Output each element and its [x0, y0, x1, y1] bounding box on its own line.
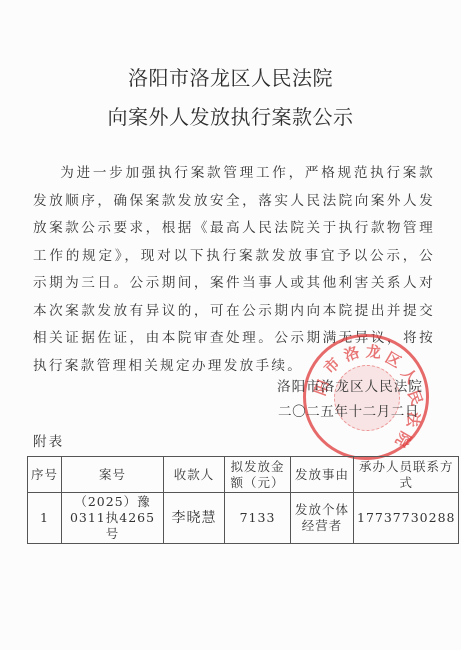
- col-contact-header: 承办人员联系方式: [354, 457, 459, 493]
- signature-organization: 洛阳市洛龙区人民法院: [277, 375, 423, 395]
- annex-table: 序号 案号 收款人 拟发放金额（元） 发放事由 承办人员联系方式 1 （2025…: [27, 456, 459, 544]
- seal-char: 区: [382, 347, 406, 373]
- cell-contact: 17737730288: [354, 493, 459, 544]
- annex-header-row: 序号 案号 收款人 拟发放金额（元） 发放事由 承办人员联系方式: [28, 457, 459, 493]
- cell-amount: 7133: [225, 493, 291, 544]
- notice-title: 向案外人发放执行案款公示: [0, 101, 461, 130]
- col-reason-header: 发放事由: [291, 457, 354, 493]
- cell-payee: 李晓慧: [164, 493, 225, 544]
- col-amount-header: 拟发放金额（元）: [225, 457, 291, 493]
- cell-reason: 发放个体经营者: [291, 493, 354, 544]
- annex-label: 附表: [33, 430, 64, 450]
- seal-char: 院: [391, 428, 417, 452]
- seal-char: 龙: [365, 340, 382, 362]
- table-row: 1 （2025）豫0311执4265号 李晓慧 7133 发放个体经营者 177…: [28, 493, 459, 544]
- court-name-title: 洛阳市洛龙区人民法院: [0, 62, 461, 91]
- signature-date: 二〇二五年十二月二日: [278, 400, 419, 420]
- cell-case-no: （2025）豫0311执4265号: [62, 493, 164, 544]
- court-seal-stamp: 阳 市 洛 龙 区 人 民 法 院: [303, 334, 429, 460]
- notice-document: 洛阳市洛龙区人民法院 向案外人发放执行案款公示 为进一步加强执行案款管理工作，严…: [0, 0, 461, 650]
- cell-index: 1: [28, 493, 62, 544]
- col-payee-header: 收款人: [164, 457, 225, 493]
- seal-char: 洛: [341, 341, 362, 366]
- col-case-no-header: 案号: [62, 457, 164, 493]
- col-index-header: 序号: [28, 457, 62, 493]
